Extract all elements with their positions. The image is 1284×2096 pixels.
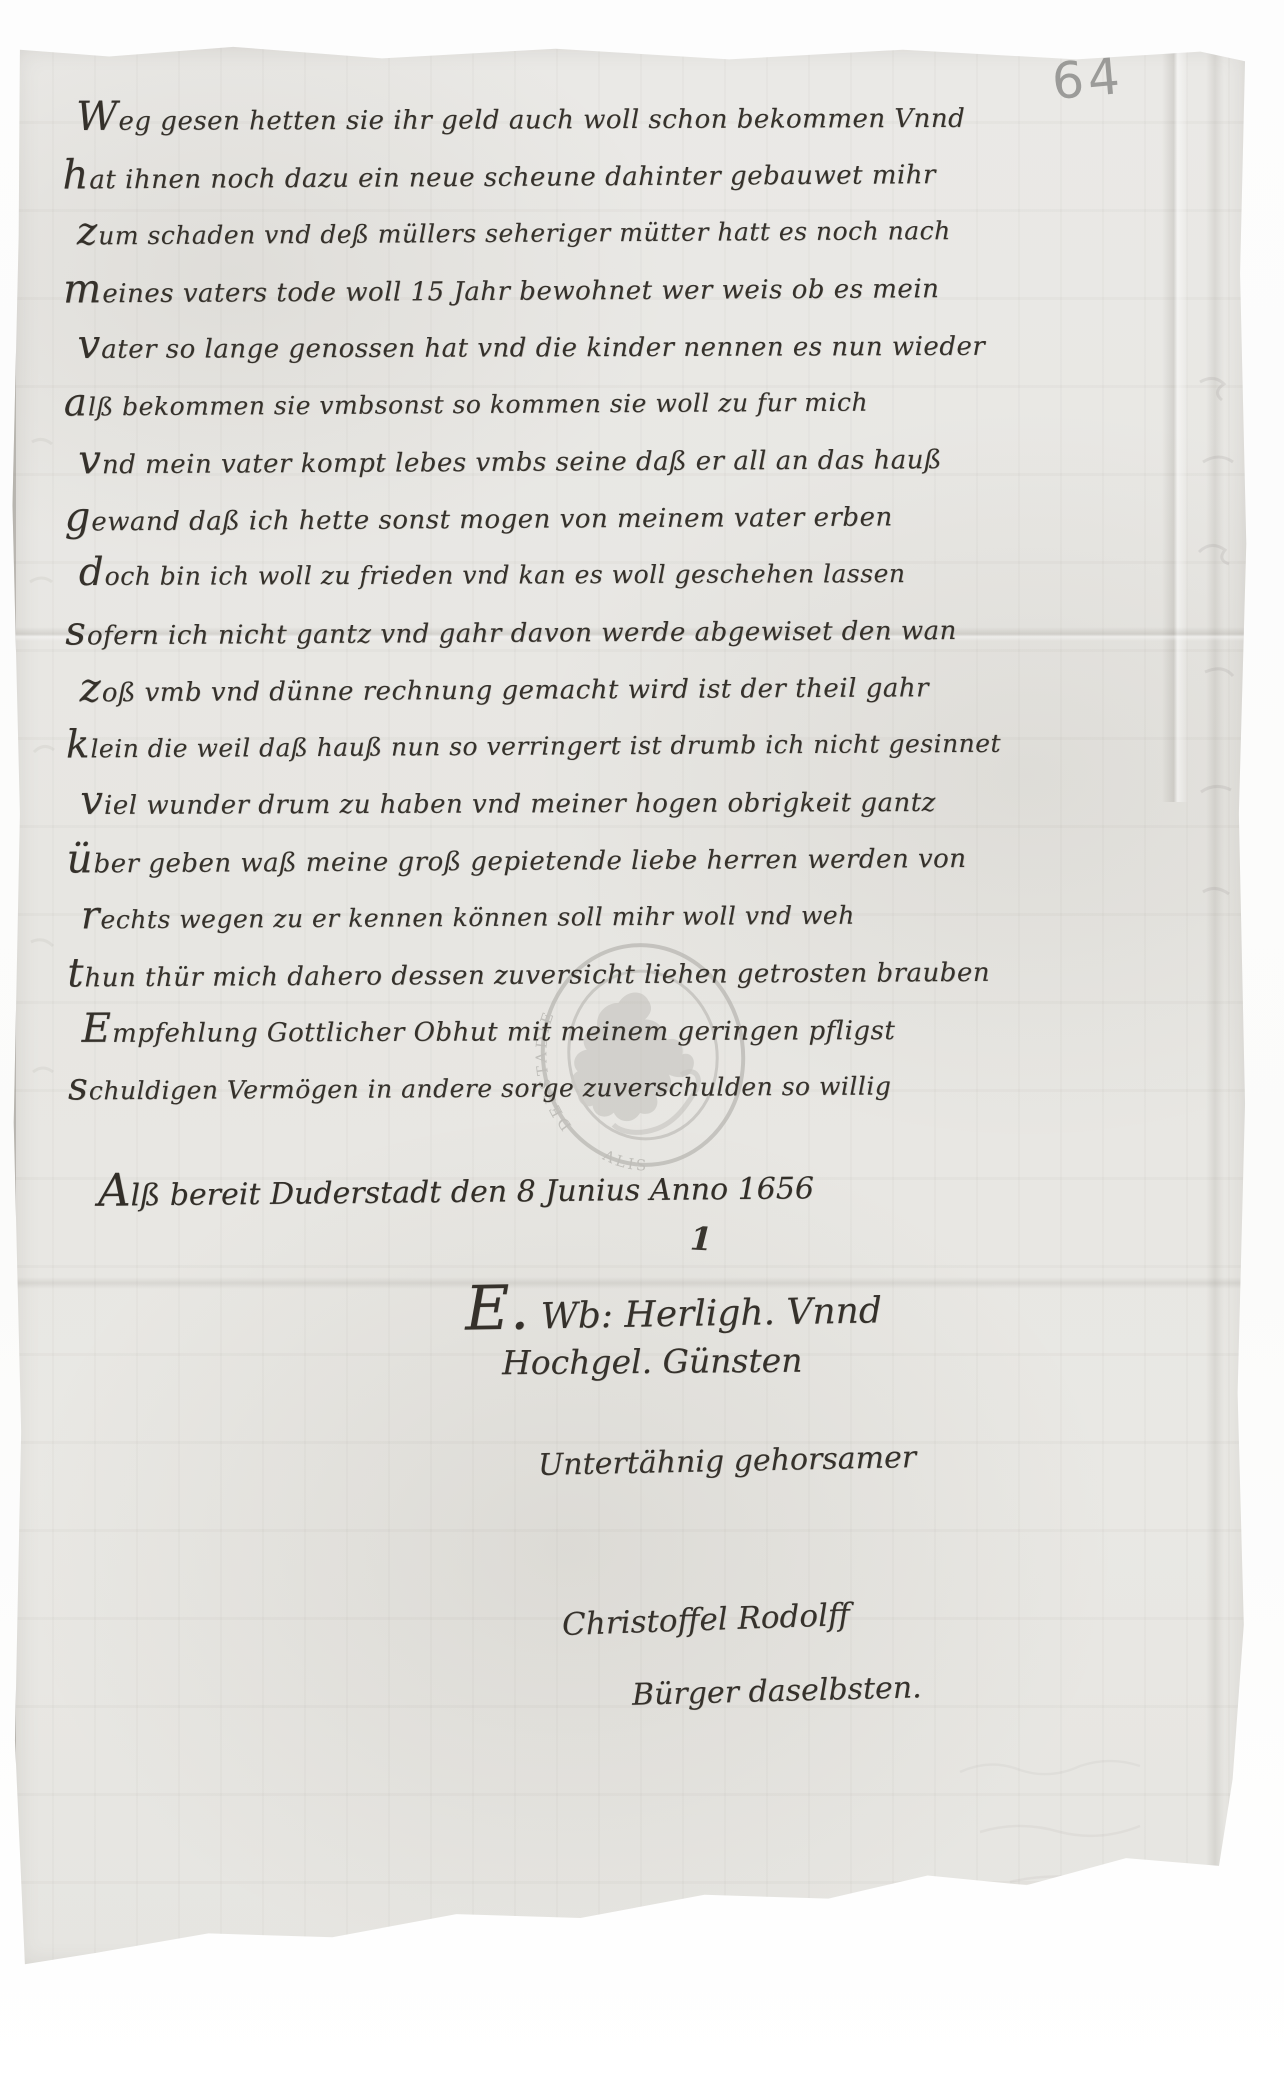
handwritten-line: über geben waß meine groß gepietende lie…	[66, 823, 1216, 887]
closing-salutation-line-1: E. Wb: Herligh. Vnnd	[464, 1266, 882, 1344]
handwritten-line: thun thür mich dahero dessen zuversicht …	[67, 937, 1217, 1001]
handwritten-line: doch bin ich woll zu frieden vnd kan es …	[79, 540, 1215, 601]
handwritten-line: zoß vmb vnd dünne rechnung gemacht wird …	[79, 652, 1215, 716]
signature-name: Christoffel Rodolff	[561, 1597, 850, 1643]
handwritten-line: meines vaters tode woll 15 Jahr bewohnet…	[63, 253, 1213, 317]
dateline: Alß bereit Duderstadt den 8 Junius Anno …	[98, 1156, 814, 1216]
closing-salutation-line-2: Hochgel. Günsten	[502, 1341, 803, 1383]
letter-body: Weg gesen hetten sie ihr geld auch woll …	[62, 82, 1218, 1115]
handwritten-line: vater so lange genossen hat vnd die kind…	[77, 312, 1213, 373]
bleedthrough-marks-bottom	[950, 1742, 1210, 1902]
handwritten-line: zum schaden vnd deß müllers seheriger mü…	[77, 196, 1213, 260]
handwritten-line: viel wunder drum zu haben vnd meiner hog…	[80, 768, 1216, 829]
manuscript-page: 64 Weg gesen hetten sie ihr geld auch wo…	[10, 42, 1250, 1972]
handwritten-line: sofern ich nicht gantz vnd gahr davon we…	[65, 595, 1215, 659]
handwritten-line: rechts wegen zu er kennen können soll mi…	[81, 880, 1217, 944]
handwritten-line: hat ihnen noch dazu ein neue scheune dah…	[62, 139, 1212, 203]
paper-edge-left	[10, 42, 16, 1972]
handwritten-line: Empfehlung Gottlicher Obhut mit meinem g…	[82, 996, 1218, 1057]
handwritten-line: schuldigen Vermögen in andere sorge zuve…	[68, 1051, 1218, 1115]
handwritten-line: klein die weil daß hauß nun so verringer…	[66, 709, 1216, 773]
handwritten-line: Weg gesen hetten sie ihr geld auch woll …	[76, 84, 1212, 145]
handwritten-line: gewand daß ich hette sonst mogen von mei…	[64, 481, 1214, 545]
document-scan: 64 Weg gesen hetten sie ihr geld auch wo…	[0, 0, 1284, 2096]
signature-title: Bürger daselbsten.	[632, 1670, 922, 1713]
handwritten-line: vnd mein vater kompt lebes vmbs seine da…	[78, 424, 1214, 488]
foliation-mark: 1	[689, 1219, 713, 1258]
bleedthrough-marks-left	[26, 422, 62, 1122]
closing-valediction: Untertähnig gehorsamer	[538, 1440, 917, 1483]
handwritten-line: alß bekommen sie vmbsonst so kommen sie …	[64, 367, 1214, 431]
